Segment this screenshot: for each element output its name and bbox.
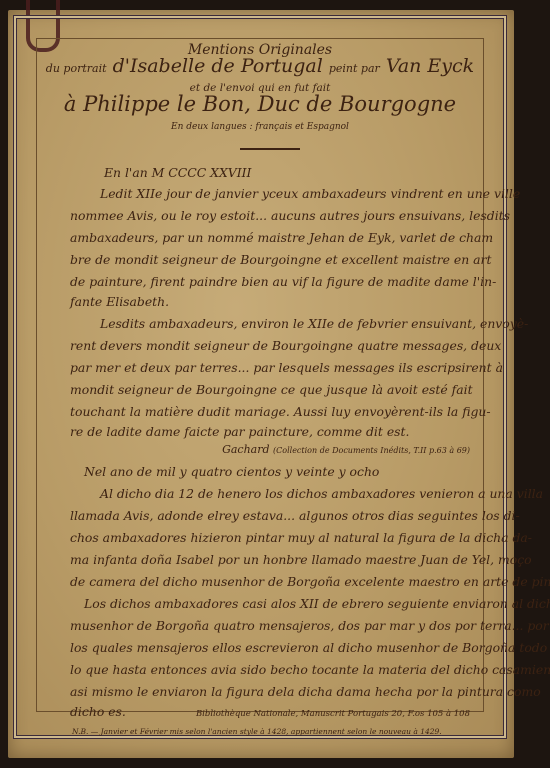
spanish-source: Bibliothèque Nationale, Manuscrit Portug… <box>70 710 470 719</box>
french-line: ambaxadeurs, par un nommé maistre Jehan … <box>70 232 490 244</box>
french-source: Gachard (Collection de Documents Inédits… <box>70 444 470 455</box>
title-subject: d'Isabelle de Portugal <box>113 55 323 77</box>
spanish-line: Al dicho dia 12 de henero los dichos amb… <box>100 488 490 500</box>
french-line: Ledit XIIe jour de janvier yceux ambaxad… <box>100 188 490 200</box>
french-line: Lesdits ambaxadeurs, environ le XIIe de … <box>100 318 490 330</box>
french-line: de painture, firent paindre bien au vif … <box>70 276 490 288</box>
title-divider <box>240 148 300 150</box>
spanish-line: chos ambaxadores hizieron pintar muy al … <box>70 532 490 544</box>
spanish-line: asi mismo le enviaron la figura dela dic… <box>70 686 490 698</box>
footnote: N.B. — Janvier et Février mis selon l'an… <box>72 728 492 736</box>
spanish-line: los quales mensajeros ellos escrevieron … <box>70 642 490 654</box>
french-line: mondit seigneur de Bourgoingne ce que ju… <box>70 384 490 396</box>
french-line: rent devers mondit seigneur de Bourgoing… <box>70 340 490 352</box>
title-mid: peint par <box>329 62 380 75</box>
spanish-line: de camera del dicho musenhor de Borgoña … <box>70 576 490 588</box>
french-line: touchant la matière dudit mariage. Aussi… <box>70 406 490 418</box>
spanish-line: musenhor de Borgoña quatro mensajeros, d… <box>70 620 490 632</box>
spanish-line: llamada Avis, adonde elrey estava... alg… <box>70 510 490 522</box>
french-line: par mer et deux par terres... par lesque… <box>70 362 490 374</box>
spanish-line: Los dichos ambaxadores casi alos XII de … <box>84 598 474 610</box>
spanish-line: ma infanta doña Isabel por un honbre lla… <box>70 554 490 566</box>
french-line: re de ladite dame faicte par paincture, … <box>70 426 490 438</box>
french-line: fante Elisabeth. <box>70 296 490 308</box>
title-prefix: du portrait <box>46 62 107 75</box>
french-line: bre de mondit seigneur de Bourgoingne et… <box>70 254 490 266</box>
french-date-line: En l'an M CCCC XXVIII <box>104 167 494 179</box>
title-painter: Van Eyck <box>386 55 474 77</box>
title-line-5: En deux langues : français et Espagnol <box>40 122 480 132</box>
source-citation: (Collection de Documents Inédits, T.II p… <box>273 446 470 455</box>
title-line-4: à Philippe le Bon, Duc de Bourgogne <box>40 92 480 116</box>
title-line-2: du portrait d'Isabelle de Portugal peint… <box>40 55 480 77</box>
source-author: Gachard <box>222 443 269 456</box>
spanish-line: lo que hasta entonces avia sido becho to… <box>70 664 490 676</box>
spanish-date-line: Nel ano de mil y quatro cientos y veinte… <box>84 466 474 478</box>
french-line: nommee Avis, ou le roy estoit... aucuns … <box>70 210 490 222</box>
